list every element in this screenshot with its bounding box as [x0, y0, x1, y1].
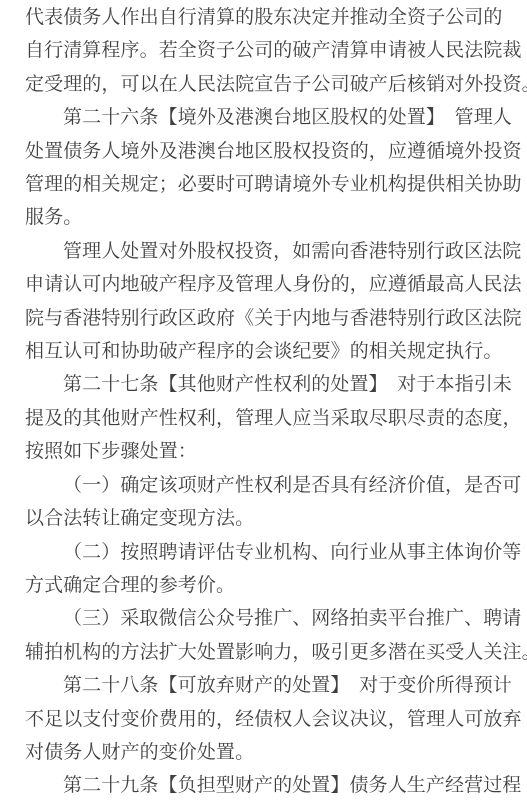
text-line: 不足以支付变价费用的，经债权人会议决议，管理人可放弃	[25, 703, 509, 736]
article-paragraph: 第二十七条【其他财产性权利的处置】 对于本指引未提及的其他财产性权利，管理人应当…	[25, 368, 509, 468]
document-page: 代表债务人作出自行清算的股东决定并推动全资子公司的自行清算程序。若全资子公司的破…	[0, 0, 527, 807]
paragraph: 代表债务人作出自行清算的股东决定并推动全资子公司的自行清算程序。若全资子公司的破…	[25, 1, 509, 101]
paragraph: （二）按照聘请评估专业机构、向行业从事主体询价等方式确定合理的参考价。	[25, 536, 509, 603]
text-line: 自行清算程序。若全资子公司的破产清算申请被人民法院裁	[25, 34, 509, 67]
text-line: 提及的其他财产性权利，管理人应当采取尽职尽责的态度，	[25, 402, 509, 435]
text-line: 辅拍机构的方法扩大处置影响力，吸引更多潜在买受人关注。	[25, 636, 509, 669]
text-line: （二）按照聘请评估专业机构、向行业从事主体询价等	[25, 536, 509, 569]
text-line: （一）确定该项财产性权利是否具有经济价值，是否可	[25, 469, 509, 502]
text-line: 第二十八条【可放弃财产的处置】 对于变价所得预计	[25, 669, 509, 702]
text-line: 第二十七条【其他财产性权利的处置】 对于本指引未	[25, 368, 509, 401]
text-line: 处置债务人境外及港澳台地区股权投资的，应遵循境外投资	[25, 135, 509, 168]
article-paragraph: 第二十八条【可放弃财产的处置】 对于变价所得预计不足以支付变价费用的，经债权人会…	[25, 669, 509, 769]
paragraph: （三）采取微信公众号推广、网络拍卖平台推广、聘请辅拍机构的方法扩大处置影响力，吸…	[25, 602, 509, 669]
text-line: 对债务人财产的变价处置。	[25, 736, 509, 769]
text-line: 管理人处置对外股权投资，如需向香港特别行政区法院	[25, 235, 509, 268]
text-line: （三）采取微信公众号推广、网络拍卖平台推广、聘请	[25, 602, 509, 635]
text-line: 代表债务人作出自行清算的股东决定并推动全资子公司的	[25, 1, 509, 34]
text-line: 方式确定合理的参考价。	[25, 569, 509, 602]
text-line: 第二十六条【境外及港澳台地区股权的处置】 管理人	[25, 101, 509, 134]
text-line: 申请认可内地破产程序及管理人身份的，应遵循最高人民法	[25, 268, 509, 301]
text-line: 服务。	[25, 201, 509, 234]
text-line: 定受理的，可以在人民法院宣告子公司破产后核销对外投资。	[25, 68, 509, 101]
text-line: 相互认可和协助破产程序的会谈纪要》的相关规定执行。	[25, 335, 509, 368]
paragraph: 管理人处置对外股权投资，如需向香港特别行政区法院申请认可内地破产程序及管理人身份…	[25, 235, 509, 369]
text-line: 按照如下步骤处置：	[25, 435, 509, 468]
text-line: 管理的相关规定；必要时可聘请境外专业机构提供相关协助	[25, 168, 509, 201]
text-line: 以合法转让确定变现方法。	[25, 502, 509, 535]
article-paragraph: 第二十六条【境外及港澳台地区股权的处置】 管理人处置债务人境外及港澳台地区股权投…	[25, 101, 509, 235]
paragraph: （一）确定该项财产性权利是否具有经济价值，是否可以合法转让确定变现方法。	[25, 469, 509, 536]
article-paragraph: 第二十九条【负担型财产的处置】债务人生产经营过程	[25, 769, 509, 802]
text-line: 第二十九条【负担型财产的处置】债务人生产经营过程	[25, 769, 509, 802]
text-line: 院与香港特别行政区政府《关于内地与香港特别行政区法院	[25, 302, 509, 335]
